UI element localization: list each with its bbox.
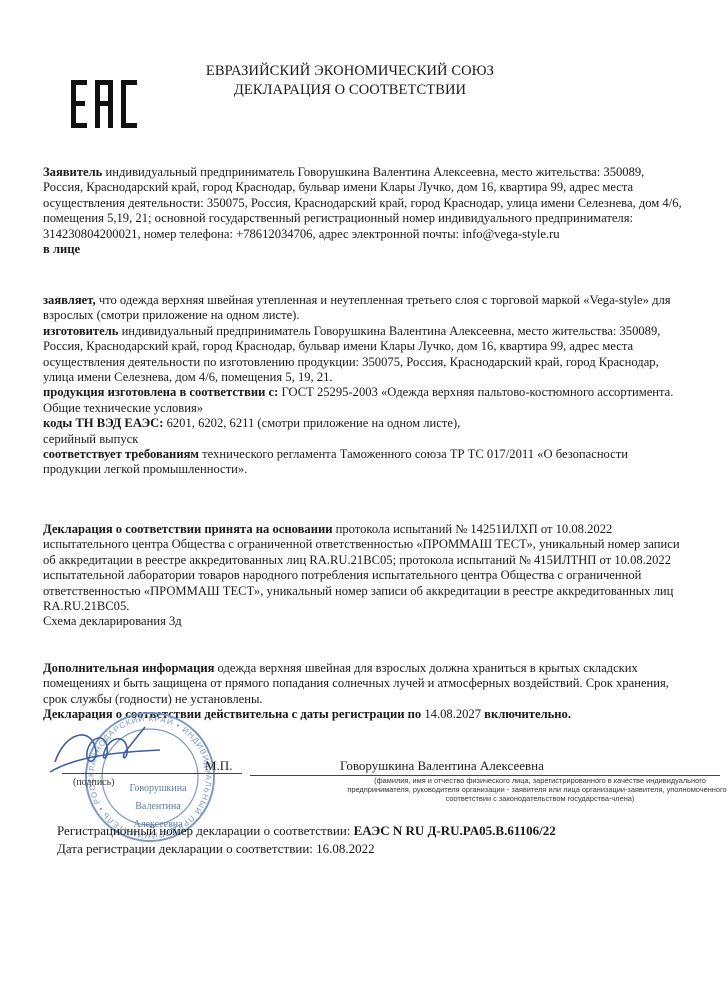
registration-date-label: Дата регистрации декларации о соответств… [57,841,313,856]
signer-name: Говорушкина Валентина Алексеевна [340,758,544,774]
basis-label: Декларация о соответствии принята на осн… [43,522,332,536]
serial-text: серийный выпуск [43,432,683,447]
additional-label: Дополнительная информация [43,661,214,675]
stamp-line-2: Валентина [118,798,198,816]
declaration-section: заявляет, что одежда верхняя швейная уте… [43,293,683,478]
validity-suffix: включительно. [484,707,571,721]
applicant-section: Заявитель индивидуальный предприниматель… [43,165,683,257]
document-header: ЕВРАЗИЙСКИЙ ЭКОНОМИЧЕСКИЙ СОЮЗ ДЕКЛАРАЦИ… [180,62,520,100]
declaration-page: ЕВРАЗИЙСКИЙ ЭКОНОМИЧЕСКИЙ СОЮЗ ДЕКЛАРАЦИ… [0,0,728,1000]
applicant-text: индивидуальный предприниматель Говорушки… [43,165,682,241]
declares-text: что одежда верхняя швейная утепленная и … [43,293,671,322]
validity-date: 14.08.2027 [421,707,484,721]
basis-section: Декларация о соответствии принята на осн… [43,522,683,630]
union-title: ЕВРАЗИЙСКИЙ ЭКОНОМИЧЕСКИЙ СОЮЗ [180,62,520,81]
applicant-label: Заявитель [43,165,102,179]
stamp-line-1: Говорушкина [118,780,198,798]
registration-number: ЕАЭС N RU Д-RU.PA05.B.61106/22 [350,823,555,838]
codes-text: 6201, 6202, 6211 (смотри приложение на о… [163,416,460,430]
in-person-label: в лице [43,242,683,257]
eac-mark-icon [71,80,141,128]
seal-label: М.П. [205,758,232,774]
document-title: ДЕКЛАРАЦИЯ О СООТВЕТСТВИИ [180,81,520,100]
signer-caption: (фамилия, имя и отчество физического лиц… [345,776,728,803]
signature-caption: (подпись) [73,777,115,788]
manufacturer-text: индивидуальный предприниматель Говорушки… [43,324,660,384]
complies-label: соответствует требованиям [43,447,199,461]
declares-label: заявляет, [43,293,96,307]
registration-section: Регистрационный номер декларации о соотв… [57,822,697,858]
registration-date: 16.08.2022 [313,841,375,856]
manufacturer-label: изготовитель [43,324,118,338]
scheme-text: Схема декларирования 3д [43,614,683,629]
produced-label: продукция изготовлена в соответствии с: [43,385,278,399]
registration-number-label: Регистрационный номер декларации о соотв… [57,823,350,838]
codes-label: коды ТН ВЭД ЕАЭС: [43,416,163,430]
